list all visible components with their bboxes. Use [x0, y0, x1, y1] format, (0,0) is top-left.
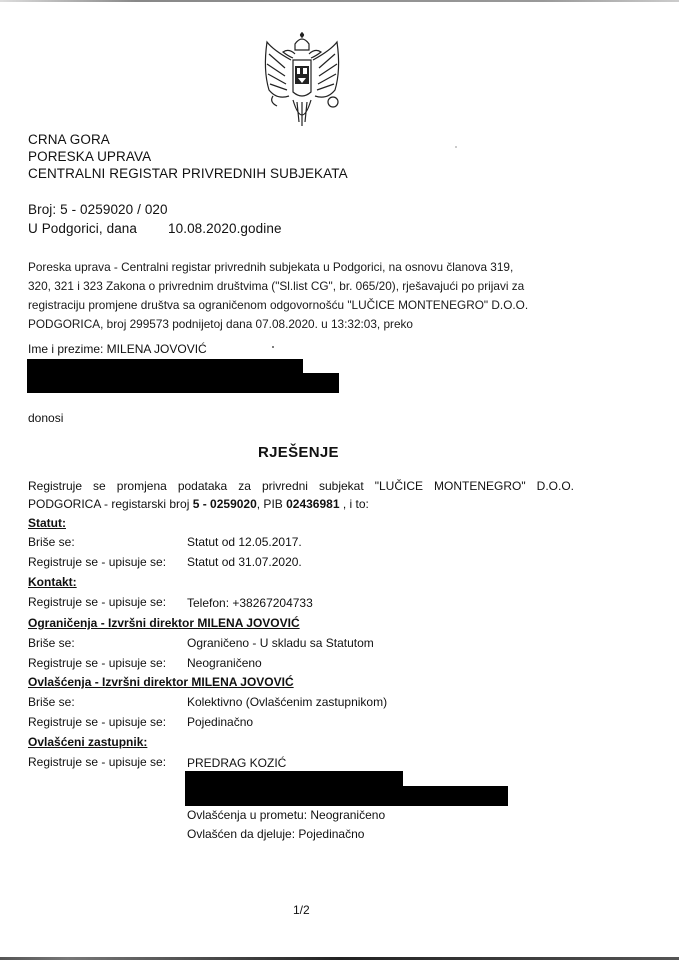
intro-line: PODGORICA, broj 299573 podnijetoj dana 0…: [28, 315, 648, 334]
decision-body-line1: Registruje se promjena podataka za privr…: [28, 479, 574, 493]
row-label: Registruje se - upisuje se:: [28, 595, 166, 609]
reference-place: U Podgorici, dana: [28, 220, 137, 237]
redaction-bar: [185, 771, 403, 787]
header-registry: CENTRALNI REGISTAR PRIVREDNIH SUBJEKATA: [28, 165, 348, 182]
row-value: Pojedinačno: [187, 715, 253, 729]
section-title-kontakt: Kontakt:: [28, 575, 77, 589]
scan-edge-top: [0, 0, 679, 2]
row-label: Registruje se - upisuje se:: [28, 715, 166, 729]
row-value: Ograničeno - U skladu sa Statutom: [187, 636, 374, 650]
decision-body-line2: PODGORICA - registarski broj 5 - 0259020…: [28, 497, 369, 511]
intro-line: 320, 321 i 323 Zakona o privrednim društ…: [28, 277, 648, 296]
row-label: Briše se:: [28, 535, 75, 549]
header-authority: PORESKA UPRAVA: [28, 148, 151, 165]
decision-text: PODGORICA - registarski broj: [28, 497, 193, 511]
representative-detail: Ovlašćen da djeluje: Pojedinačno: [187, 827, 364, 841]
scan-speck: [455, 146, 457, 148]
section-title-zastupnik: Ovlašćeni zastupnik:: [28, 735, 147, 749]
decision-title: RJEŠENJE: [258, 444, 339, 461]
row-label: Briše se:: [28, 636, 75, 650]
row-value: Neograničeno: [187, 656, 262, 670]
registration-number: 5 - 0259020: [193, 497, 257, 511]
row-label: Briše se:: [28, 695, 75, 709]
section-title-ovlascenja: Ovlašćenja - Izvršni direktor MILENA JOV…: [28, 675, 294, 689]
redaction-bar: [185, 786, 508, 806]
section-title-ogranicenja: Ograničenja - Izvršni direktor MILENA JO…: [28, 616, 300, 630]
row-value: Kolektivno (Ovlašćenim zastupnikom): [187, 695, 387, 709]
intro-line: Poreska uprava - Centralni registar priv…: [28, 258, 648, 277]
decision-text: , PIB: [257, 497, 286, 511]
representative-detail: Ovlašćenja u prometu: Neograničeno: [187, 808, 385, 822]
row-value: Statut od 31.07.2020.: [187, 555, 302, 569]
intro-paragraph: Poreska uprava - Centralni registar priv…: [28, 258, 648, 334]
coat-of-arms-icon: [255, 30, 350, 130]
decision-text: , i to:: [340, 497, 369, 511]
section-title-statut: Statut:: [28, 516, 66, 530]
intro-line: registraciju promjene društva sa ogranič…: [28, 296, 648, 315]
reference-number: Broj: 5 - 0259020 / 020: [28, 201, 168, 218]
scan-speck: [272, 346, 274, 348]
applicant-name: Ime i prezime: MILENA JOVOVIĆ: [28, 342, 207, 356]
donosi-text: donosi: [28, 411, 63, 425]
document-page: CRNA GORA PORESKA UPRAVA CENTRALNI REGIS…: [0, 0, 679, 960]
redaction-bar: [27, 373, 339, 393]
row-label: Registruje se - upisuje se:: [28, 555, 166, 569]
reference-date: 10.08.2020.godine: [168, 220, 282, 237]
pib-number: 02436981: [286, 497, 339, 511]
header-country: CRNA GORA: [28, 131, 110, 148]
row-value: Statut od 12.05.2017.: [187, 535, 302, 549]
row-label: Registruje se - upisuje se:: [28, 755, 166, 769]
row-value: Telefon: +38267204733: [187, 596, 313, 610]
row-label: Registruje se - upisuje se:: [28, 656, 166, 670]
page-number: 1/2: [293, 903, 310, 917]
representative-name: PREDRAG KOZIĆ: [187, 756, 286, 770]
